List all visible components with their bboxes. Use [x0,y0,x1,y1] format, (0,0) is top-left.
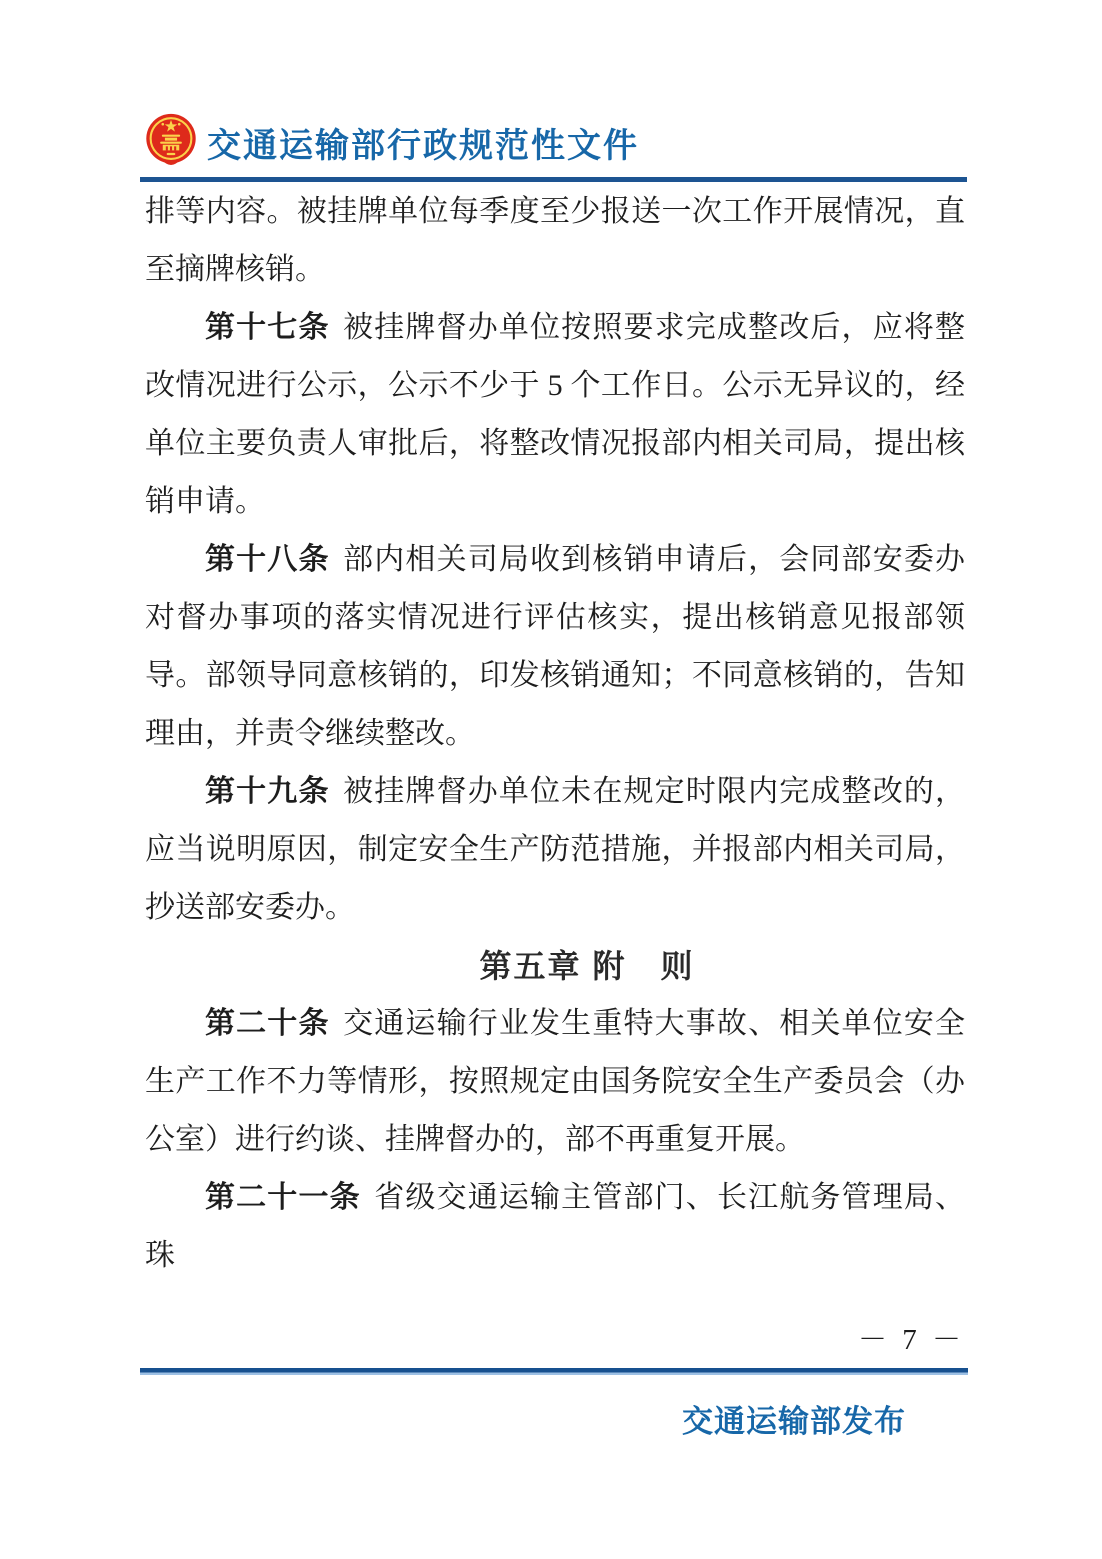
document-header: 交通运输部行政规范性文件 [145,112,639,172]
paragraph-article-20: 第二十条交通运输行业发生重特大事故、相关单位安全生产工作不力等情形，按照规定由国… [145,995,965,1169]
paragraph-continuation: 排等内容。被挂牌单位每季度至少报送一次工作开展情况，直至摘牌核销。 [145,183,965,299]
chapter-heading: 第五章 附 则 [145,937,965,995]
page-number: － 7 － [858,1320,965,1360]
header-title: 交通运输部行政规范性文件 [207,118,639,167]
paragraph-article-18: 第十八条部内相关司局收到核销申请后，会同部安委办对督办事项的落实情况进行评估核实… [145,531,965,763]
document-body: 排等内容。被挂牌单位每季度至少报送一次工作开展情况，直至摘牌核销。 第十七条被挂… [145,183,965,1285]
article-number: 第二十条 [205,1007,330,1040]
article-number: 第十八条 [205,543,330,576]
paragraph-article-21: 第二十一条省级交通运输主管部门、长江航务管理局、珠 [145,1169,965,1285]
article-number: 第十九条 [205,775,330,808]
footer-divider [140,1368,968,1375]
article-number: 第十七条 [205,311,330,344]
article-number: 第二十一条 [205,1181,361,1214]
paragraph-article-19: 第十九条被挂牌督办单位未在规定时限内完成整改的，应当说明原因，制定安全生产防范措… [145,763,965,937]
header-divider [140,177,967,182]
document-page: 交通运输部行政规范性文件 排等内容。被挂牌单位每季度至少报送一次工作开展情况，直… [0,0,1102,1559]
paragraph-article-17: 第十七条被挂牌督办单位按照要求完成整改后，应将整改情况进行公示，公示不少于 5 … [145,299,965,531]
paragraph-text: 排等内容。被挂牌单位每季度至少报送一次工作开展情况，直至摘牌核销。 [145,195,965,286]
national-emblem-icon [145,113,197,171]
publisher-label: 交通运输部发布 [682,1396,906,1441]
